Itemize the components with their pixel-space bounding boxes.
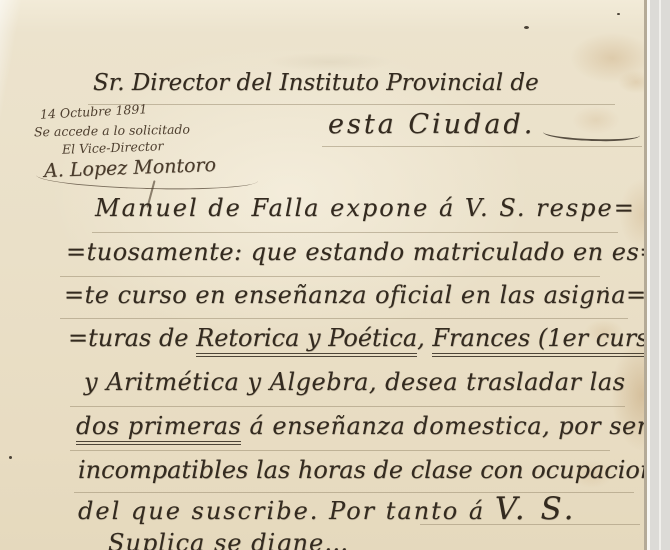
margin-signer-title: El Vice-Director (62, 140, 164, 156)
signature-flourish (36, 173, 258, 192)
ruled-line (60, 318, 628, 319)
ruled-line (70, 406, 625, 407)
body-text: á enseñanza domestica, por ser (241, 412, 648, 440)
ruled-line (92, 232, 618, 233)
body-text: =turas de (68, 324, 196, 352)
body-line-6: dos primeras á enseñanza domestica, por … (76, 414, 649, 438)
ink-speck (617, 13, 620, 15)
body-line-3: =te curso en enseñanza oficial en las as… (64, 283, 647, 307)
margin-approval: Se accede a lo solicitado (34, 124, 190, 139)
ruled-line (70, 450, 610, 451)
body-text: y Aritmética y Algebra, desea trasladar … (84, 368, 625, 396)
document-photo: Sr. Director del Instituto Provincial de… (0, 0, 670, 550)
body-text: del que suscribe. Por tanto á (78, 497, 495, 525)
body-line-5: y Aritmética y Algebra, desea trasladar … (84, 370, 625, 394)
ruled-line (88, 104, 615, 105)
paper: Sr. Director del Instituto Provincial de… (0, 0, 644, 550)
body-line-7: incompatibles las horas de clase con ocu… (78, 458, 670, 482)
underlined-subjects: Frances (1er curso) (432, 324, 670, 357)
header-line-1: Sr. Director del Instituto Provincial de (93, 72, 539, 95)
body-line-4: =turas de Retorica y Poética, Frances (1… (68, 326, 670, 350)
body-text: Manuel de Falla expone á V. S. respe= (95, 194, 636, 222)
underlined-subjects: Retorica y Poética (196, 324, 417, 357)
ink-speck (606, 287, 608, 289)
underlined-phrase: dos primeras (76, 412, 241, 445)
header-line-2: esta Ciudad. (328, 111, 535, 138)
body-line-2: =tuosamente: que estando matriculado en … (66, 240, 660, 264)
body-text: =tuosamente: que estando matriculado en … (66, 238, 660, 266)
body-line-8: del que suscribe. Por tanto á V. S. (78, 494, 577, 525)
body-line-9-cutoff: Suplica se digne… (108, 531, 349, 550)
ink-speck (524, 26, 529, 29)
body-text: Suplica se digne… (108, 529, 349, 550)
ruled-line (60, 276, 600, 277)
body-text: =te curso en enseñanza oficial en las as… (64, 281, 647, 309)
flourish-dash (543, 128, 640, 142)
body-text: , (417, 324, 432, 352)
ink-speck (9, 456, 12, 459)
body-text: incompatibles las horas de clase con ocu… (78, 456, 670, 484)
body-line-1: Manuel de Falla expone á V. S. respe= (95, 196, 636, 220)
ruled-line (322, 146, 642, 147)
photo-background-line (659, 0, 661, 550)
vs-abbreviation: V. S. (495, 491, 577, 527)
margin-date: 14 Octubre 1891 (40, 103, 148, 121)
